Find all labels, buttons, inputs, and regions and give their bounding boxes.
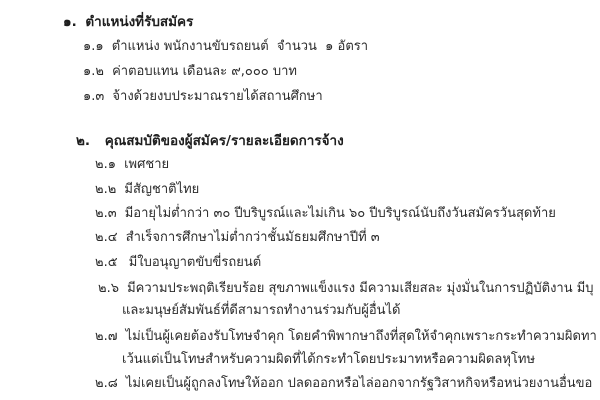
item-2-5-text: มีใบอนุญาตขับขี่รถยนต์ bbox=[129, 255, 262, 270]
section-1-number: ๑. bbox=[63, 14, 77, 30]
item-2-8-text: ไม่เคยเป็นผู้ถูกลงโทษให้ออก ปลดออกหรือไล… bbox=[126, 376, 592, 391]
document-page: ๑. ตำแหน่งที่รับสมัคร ๑.๑ ตำแหน่ง พนักงา… bbox=[0, 0, 600, 400]
item-1-2-number: ๑.๒ bbox=[83, 64, 104, 79]
item-2-1-text: เพศชาย bbox=[124, 157, 169, 172]
item-2-5-number: ๒.๕ bbox=[95, 255, 118, 270]
item-2-1: ๒.๑ เพศชาย bbox=[95, 157, 169, 173]
item-1-3-text: จ้างด้วยงบประมาณรายได้สถานศึกษา bbox=[112, 89, 322, 104]
section-1-heading: ๑. ตำแหน่งที่รับสมัคร bbox=[63, 14, 193, 30]
section-2-heading: ๒. คุณสมบัติของผู้สมัคร/รายละเอียดการจ้า… bbox=[76, 133, 344, 149]
item-2-2: ๒.๒ มีสัญชาติไทย bbox=[95, 182, 199, 198]
item-2-8: ๒.๘ ไม่เคยเป็นผู้ถูกลงโทษให้ออก ปลดออกหร… bbox=[95, 376, 592, 392]
item-2-6-continuation: และมนุษย์สัมพันธ์ที่ดีสามารถทำงานร่วมกับ… bbox=[122, 303, 401, 319]
item-2-4: ๒.๔ สำเร็จการศึกษาไม่ต่ำกว่าชั้นมัธยมศึก… bbox=[95, 230, 380, 246]
item-2-3-text: มีอายุไม่ต่ำกว่า ๓๐ ปีบริบูรณ์และไม่เกิน… bbox=[125, 206, 556, 221]
item-1-1-number: ๑.๑ bbox=[83, 39, 104, 54]
item-1-1-text: ตำแหน่ง พนักงานขับรถยนต์ จำนวน ๑ อัตรา bbox=[112, 39, 368, 54]
item-1-1: ๑.๑ ตำแหน่ง พนักงานขับรถยนต์ จำนวน ๑ อัต… bbox=[83, 39, 368, 55]
section-1-title: ตำแหน่งที่รับสมัคร bbox=[85, 14, 193, 30]
item-1-3: ๑.๓ จ้างด้วยงบประมาณรายได้สถานศึกษา bbox=[83, 89, 323, 105]
item-2-4-number: ๒.๔ bbox=[95, 230, 118, 245]
item-2-6: ๒.๖ มีความประพฤติเรียบร้อย สุขภาพแข็งแรง… bbox=[98, 281, 594, 297]
item-1-2-text: ค่าตอบแทน เดือนละ ๙,๐๐๐ บาท bbox=[112, 64, 297, 79]
item-2-5: ๒.๕ มีใบอนุญาตขับขี่รถยนต์ bbox=[95, 255, 261, 271]
section-2-title: คุณสมบัติของผู้สมัคร/รายละเอียดการจ้าง bbox=[105, 133, 344, 149]
item-2-1-number: ๒.๑ bbox=[95, 157, 116, 172]
item-2-3: ๒.๓ มีอายุไม่ต่ำกว่า ๓๐ ปีบริบูรณ์และไม่… bbox=[95, 206, 556, 222]
item-1-2: ๑.๒ ค่าตอบแทน เดือนละ ๙,๐๐๐ บาท bbox=[83, 64, 297, 80]
section-2-number: ๒. bbox=[76, 133, 90, 149]
item-2-7-number: ๒.๗ bbox=[95, 329, 117, 344]
item-2-2-number: ๒.๒ bbox=[95, 182, 116, 197]
item-2-3-number: ๒.๓ bbox=[95, 206, 117, 221]
item-2-6-text: มีความประพฤติเรียบร้อย สุขภาพแข็งแรง มีค… bbox=[127, 281, 593, 296]
item-2-8-number: ๒.๘ bbox=[95, 376, 118, 391]
item-2-7-text: ไม่เป็นผู้เคยต้องรับโทษจำคุก โดยคำพิพากษ… bbox=[126, 329, 597, 344]
item-2-6-number: ๒.๖ bbox=[98, 281, 119, 296]
item-2-7: ๒.๗ ไม่เป็นผู้เคยต้องรับโทษจำคุก โดยคำพิ… bbox=[95, 329, 597, 345]
item-2-4-text: สำเร็จการศึกษาไม่ต่ำกว่าชั้นมัธยมศึกษาปี… bbox=[126, 230, 380, 245]
item-1-3-number: ๑.๓ bbox=[83, 89, 104, 104]
item-2-7-continuation: เว้นแต่เป็นโทษสำหรับความผิดที่ได้กระทำโด… bbox=[122, 352, 535, 368]
item-2-2-text: มีสัญชาติไทย bbox=[124, 182, 199, 197]
